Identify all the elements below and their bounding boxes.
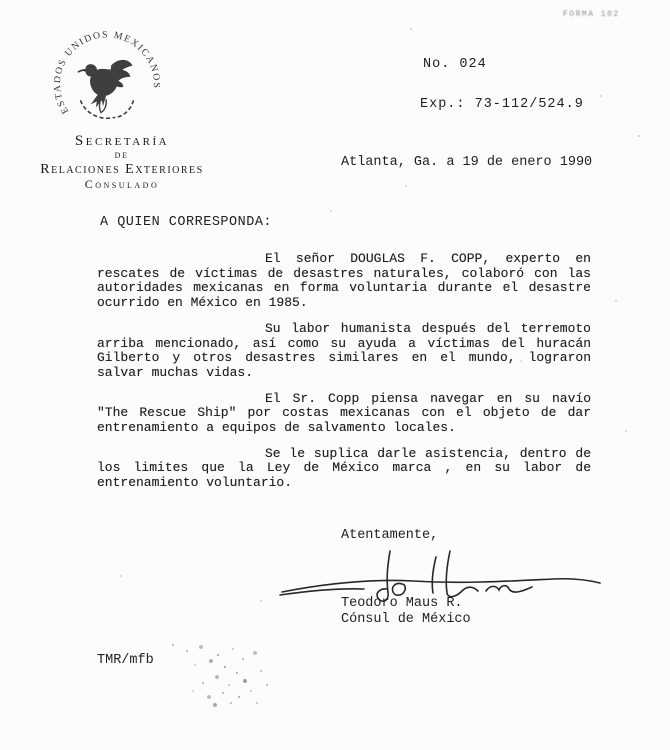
stamp-smudge	[172, 644, 174, 646]
paragraph-line: El señor DOUGLAS F. COPP, experto en	[97, 252, 591, 267]
eagle-emblem	[78, 60, 133, 118]
letterhead-line: de	[12, 149, 232, 162]
signer-title: Cónsul de México	[341, 612, 471, 627]
letterhead-line: Relaciones Exteriores	[12, 162, 232, 177]
file-number: Exp.: 73-112/524.9	[420, 97, 584, 112]
paragraph-line: los limites que la Ley de México marca ,…	[97, 461, 591, 476]
letter-body: El señor DOUGLAS F. COPP, experto enresc…	[97, 252, 591, 502]
letterhead: Secretaría de Relaciones Exteriores Cons…	[12, 133, 232, 192]
paragraph-line: arriba mencionado, así como su ayuda a v…	[97, 337, 591, 352]
paragraph-line: Gilberto y otros desastres similares en …	[97, 351, 591, 366]
signer-name: Teodoro Maus R.	[341, 596, 463, 611]
paragraph-line: entrenamiento voluntario.	[97, 476, 591, 491]
paragraph: Su labor humanista después del terremoto…	[97, 322, 591, 381]
letterhead-line: Secretaría	[12, 133, 232, 149]
paragraph: Se le suplica darle asistencia, dentro d…	[97, 447, 591, 491]
form-number: FORMA 102	[563, 10, 620, 19]
salutation: A QUIEN CORRESPONDA:	[100, 215, 272, 230]
paragraph-line: salvar muchas vidas.	[97, 366, 591, 381]
consulate-seal: ESTADOS UNIDOS MEXICANOS	[54, 31, 160, 137]
dateline: Atlanta, Ga. a 19 de enero 1990	[341, 155, 592, 170]
paragraph-line: rescates de víctimas de desastres natura…	[97, 267, 591, 282]
paragraph: El Sr. Copp piensa navegar en su navío"T…	[97, 392, 591, 436]
paragraph-line: Su labor humanista después del terremoto	[97, 322, 591, 337]
paragraph: El señor DOUGLAS F. COPP, experto enresc…	[97, 252, 591, 311]
paragraph-line: Se le suplica darle asistencia, dentro d…	[97, 447, 591, 462]
closing: Atentamente,	[341, 528, 438, 543]
reference-number: No. 024	[423, 57, 487, 72]
paragraph-line: "The Rescue Ship" por costas mexicanas c…	[97, 406, 591, 421]
paragraph-line: ocurrido en México en 1985.	[97, 296, 591, 311]
letter-page: FORMA 102 ESTADOS UNIDOS MEXICANOS Se	[0, 0, 670, 750]
letterhead-line: Consulado	[12, 177, 232, 192]
paragraph-line: El Sr. Copp piensa navegar en su navío	[97, 392, 591, 407]
reference-initials: TMR/mfb	[97, 653, 154, 668]
scan-specks	[410, 28, 412, 30]
paragraph-line: entrenamiento a equipos de salvamento lo…	[97, 421, 591, 436]
paragraph-line: autoridades mexicanas en forma voluntari…	[97, 281, 591, 296]
